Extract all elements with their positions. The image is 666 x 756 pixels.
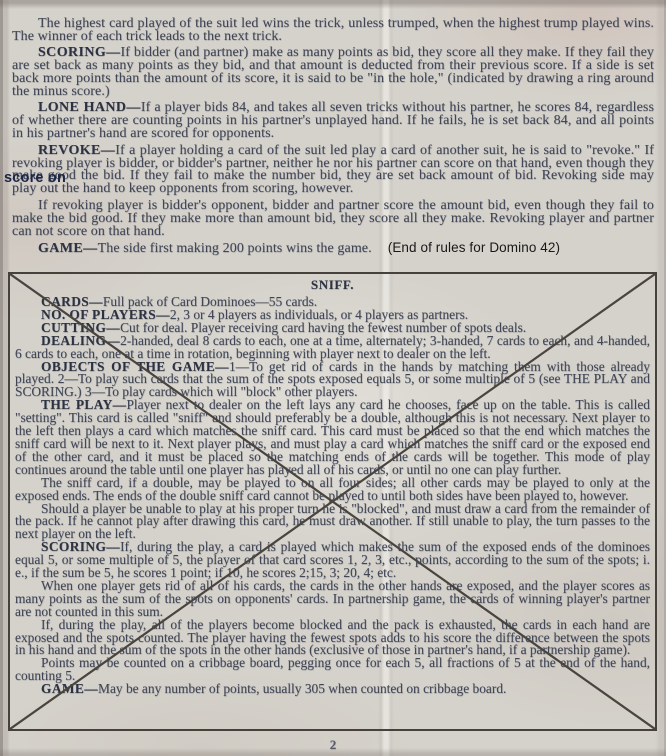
rule-paragraph: Points may be counted on a cribbage boar… (15, 657, 650, 683)
rule-paragraph: DEALING—2-handed, deal 8 cards to each, … (15, 335, 650, 361)
rule-paragraph: The highest card played of the suit led … (12, 18, 654, 44)
sniff-rules-section: SNIFF. CARDS—Full pack of Card Dominoes—… (10, 274, 655, 729)
rule-paragraph: GAME—May be any number of points, usuall… (15, 683, 650, 696)
rule-paragraph: SCORING—If, during the play, a card is p… (15, 541, 650, 580)
sniff-title: SNIFF. (15, 277, 650, 293)
end-of-rules-annotation: (End of rules for Domino 42) (388, 240, 560, 255)
rule-paragraph: LONE HAND—If a player bids 84, and takes… (12, 102, 654, 141)
rule-label: GAME— (38, 241, 98, 256)
rule-text: Points may be counted on a cribbage boar… (15, 655, 650, 683)
rule-label: GAME— (41, 681, 98, 696)
rule-text: If revoking player is bidder's opponent,… (12, 198, 654, 239)
rule-paragraph: THE PLAY—Player next to dealer on the le… (15, 399, 650, 476)
rule-paragraph: The sniff card, if a double, may be play… (15, 477, 650, 503)
rule-paragraph: If revoking player is bidder's opponent,… (12, 200, 654, 239)
scanned-page: The highest card played of the suit led … (0, 0, 666, 756)
rule-text: If, during the play, all of the players … (15, 617, 650, 658)
rule-text: The side first making 200 points wins th… (98, 241, 372, 256)
rule-paragraph: Should a player be unable to play at his… (15, 503, 650, 542)
domino42-rules-section: The highest card played of the suit led … (12, 18, 654, 259)
rule-text: The sniff card, if a double, may be play… (15, 475, 650, 503)
rule-paragraph: When one player gets rid of all of his c… (15, 580, 650, 619)
rule-text: The highest card played of the suit led … (12, 16, 654, 44)
rule-paragraph: REVOKE—If a player holding a card of the… (12, 145, 654, 197)
sniff-crossout-box: SNIFF. CARDS—Full pack of Card Dominoes—… (8, 272, 657, 731)
rule-text: Should a player be unable to play at his… (15, 501, 650, 542)
rule-text: Player next to dealer on the left lays a… (15, 397, 650, 477)
rule-text: When one player gets rid of all of his c… (15, 578, 650, 619)
score-on-annotation: score on (4, 170, 66, 186)
rule-paragraph: OBJECTS OF THE GAME—1—To get rid of card… (15, 361, 650, 400)
rule-text: May be any number of points, usually 305… (98, 681, 506, 696)
rule-paragraph: GAME—The side first making 200 points wi… (12, 242, 654, 256)
rule-paragraph: SCORING—If bidder (and partner) make as … (12, 47, 654, 99)
rule-paragraph: If, during the play, all of the players … (15, 619, 650, 658)
page-number: 2 (0, 737, 666, 753)
